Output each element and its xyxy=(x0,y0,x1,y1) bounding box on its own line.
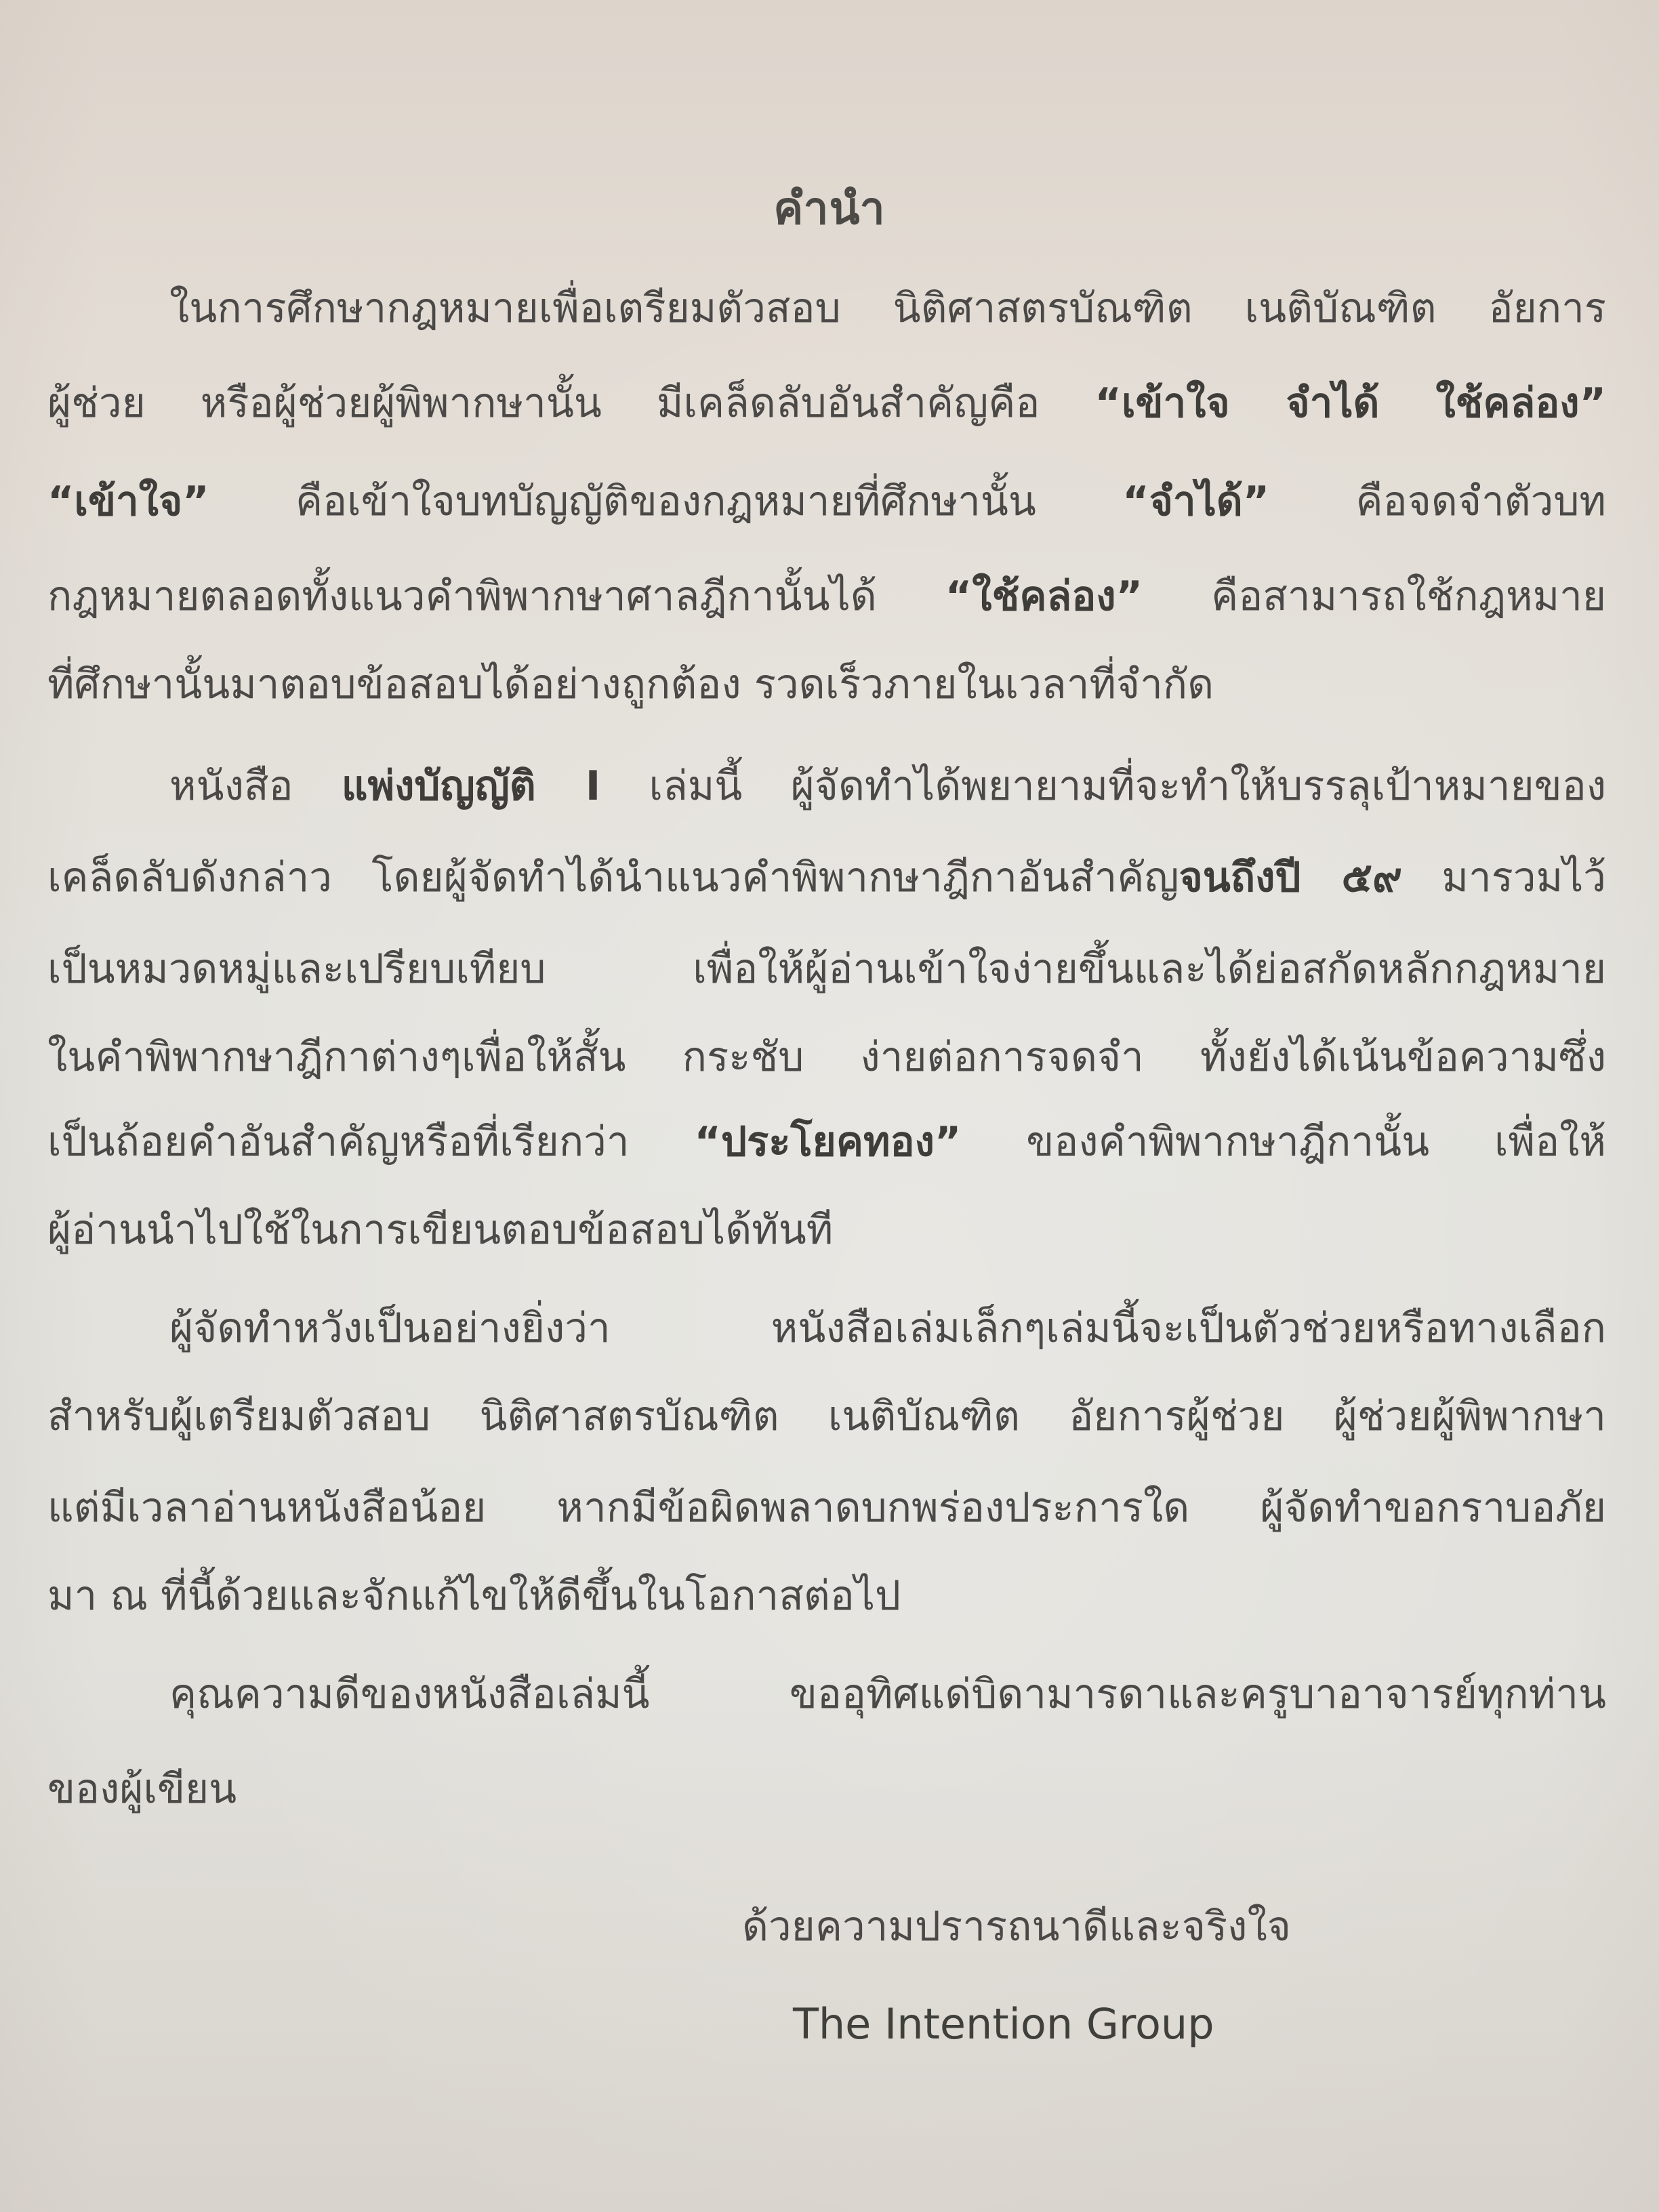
text-segment: มารวมไว้ xyxy=(1402,854,1606,901)
paragraph-1-line-4: กฎหมายตลอดทั้งแนวคำพิพากษาศาลฎีกานั้นได้… xyxy=(47,562,1606,630)
author-signature: The Intention Group xyxy=(793,1999,1214,2049)
text-segment: เล่มนี้ ผู้จัดทำได้พยายามที่จะทำให้บรรลุ… xyxy=(600,762,1606,810)
text-segment: ผู้ช่วย หรือผู้ช่วยผู้พิพากษานั้น มีเคล็… xyxy=(47,380,1095,427)
paragraph-2-line-3: เป็นหมวดหมู่และเปรียบเทียบ เพื่อให้ผู้อ่… xyxy=(47,935,1606,1003)
text-segment: ในการศึกษากฎหมายเพื่อเตรียมตัวสอบ นิติศา… xyxy=(169,285,1606,332)
paragraph-1-line-5: ที่ศึกษานั้นมาตอบข้อสอบได้อย่างถูกต้อง ร… xyxy=(47,651,1606,718)
text-segment: คือจดจำตัวบท xyxy=(1269,478,1606,525)
text-segment: คุณความดีของหนังสือเล่มนี้ ขออุทิศแด่บิด… xyxy=(169,1671,1606,1718)
text-segment: ที่ศึกษานั้นมาตอบข้อสอบได้อย่างถูกต้อง ร… xyxy=(47,661,1214,708)
text-segment: แต่มีเวลาอ่านหนังสือน้อย หากมีข้อผิดพลาด… xyxy=(47,1484,1606,1532)
text-segment: ผู้อ่านนำไปใช้ในการเขียนตอบข้อสอบได้ทันท… xyxy=(47,1206,833,1254)
text-segment: เป็นหมวดหมู่และเปรียบเทียบ เพื่อให้ผู้อ่… xyxy=(47,945,1606,993)
text-segment: คือเข้าใจบทบัญญัติของกฎหมายที่ศึกษานั้น xyxy=(209,478,1123,525)
text-segment: กฎหมายตลอดทั้งแนวคำพิพากษาศาลฎีกานั้นได้ xyxy=(47,573,945,620)
text-segment: ผู้จัดทำหวังเป็นอย่างยิ่งว่า หนังสือเล่ม… xyxy=(169,1305,1606,1352)
emphasis-fluent: “ใช้คล่อง” xyxy=(945,573,1143,620)
page-title: คำนำ xyxy=(0,173,1659,244)
text-segment: หนังสือ xyxy=(169,762,342,810)
preface-page: คำนำ ในการศึกษากฎหมายเพื่อเตรียมตัวสอบ น… xyxy=(0,0,1659,2212)
emphasis-understand: “เข้าใจ” xyxy=(47,478,209,525)
paragraph-1-line-1: ในการศึกษากฎหมายเพื่อเตรียมตัวสอบ นิติศา… xyxy=(169,274,1606,342)
emphasis-book-title: แพ่งบัญญัติ I xyxy=(342,762,600,810)
text-segment: ของผู้เขียน xyxy=(47,1765,237,1813)
text-segment: เป็นถ้อยคำอันสำคัญหรือที่เรียกว่า xyxy=(47,1118,694,1166)
text-segment: มา ณ ที่นี้ด้วยและจักแก้ไขให้ดีขึ้นในโอก… xyxy=(47,1572,901,1620)
emphasis-key-phrase: “เข้าใจ จำได้ ใช้คล่อง” xyxy=(1095,380,1607,427)
text-segment: เคล็ดลับดังกล่าว โดยผู้จัดทำได้นำแนวคำพิ… xyxy=(47,854,1179,901)
paragraph-4-line-2: ของผู้เขียน xyxy=(47,1755,1606,1823)
paragraph-3-line-3: แต่มีเวลาอ่านหนังสือน้อย หากมีข้อผิดพลาด… xyxy=(47,1474,1606,1542)
paragraph-2-line-6: ผู้อ่านนำไปใช้ในการเขียนตอบข้อสอบได้ทันท… xyxy=(47,1196,1606,1264)
paragraph-4-line-1: คุณความดีของหนังสือเล่มนี้ ขออุทิศแด่บิด… xyxy=(169,1660,1606,1728)
paragraph-2-line-5: เป็นถ้อยคำอันสำคัญหรือที่เรียกว่า “ประโย… xyxy=(47,1108,1606,1176)
text-segment: ในคำพิพากษาฎีกาต่างๆเพื่อให้สั้น กระชับ … xyxy=(47,1033,1606,1081)
paragraph-3-line-2: สำหรับผู้เตรียมตัวสอบ นิติศาสตรบัณฑิต เน… xyxy=(47,1382,1606,1450)
text-segment: คือสามารถใช้กฎหมาย xyxy=(1143,573,1606,620)
paragraph-1-line-3: “เข้าใจ” คือเข้าใจบทบัญญัติของกฎหมายที่ศ… xyxy=(47,468,1606,535)
paragraph-2-line-2: เคล็ดลับดังกล่าว โดยผู้จัดทำได้นำแนวคำพิ… xyxy=(47,844,1606,912)
paragraph-2-line-4: ในคำพิพากษาฎีกาต่างๆเพื่อให้สั้น กระชับ … xyxy=(47,1023,1606,1091)
emphasis-year: จนถึงปี ๕๙ xyxy=(1179,854,1402,901)
paragraph-3-line-1: ผู้จัดทำหวังเป็นอย่างยิ่งว่า หนังสือเล่ม… xyxy=(169,1294,1606,1362)
paragraph-2-line-1: หนังสือ แพ่งบัญญัติ I เล่มนี้ ผู้จัดทำได… xyxy=(169,752,1606,820)
emphasis-remember: “จำได้” xyxy=(1122,478,1269,525)
text-segment: ของคำพิพากษาฎีกานั้น เพื่อให้ xyxy=(961,1118,1606,1166)
text-segment: สำหรับผู้เตรียมตัวสอบ นิติศาสตรบัณฑิต เน… xyxy=(47,1393,1606,1440)
emphasis-golden-sentence: “ประโยคทอง” xyxy=(694,1118,961,1166)
closing-salutation: ด้วยความปรารถนาดีและจริงใจ xyxy=(742,1894,1291,1959)
paragraph-3-line-4: มา ณ ที่นี้ด้วยและจักแก้ไขให้ดีขึ้นในโอก… xyxy=(47,1562,1606,1630)
paragraph-1-line-2: ผู้ช่วย หรือผู้ช่วยผู้พิพากษานั้น มีเคล็… xyxy=(47,369,1606,437)
